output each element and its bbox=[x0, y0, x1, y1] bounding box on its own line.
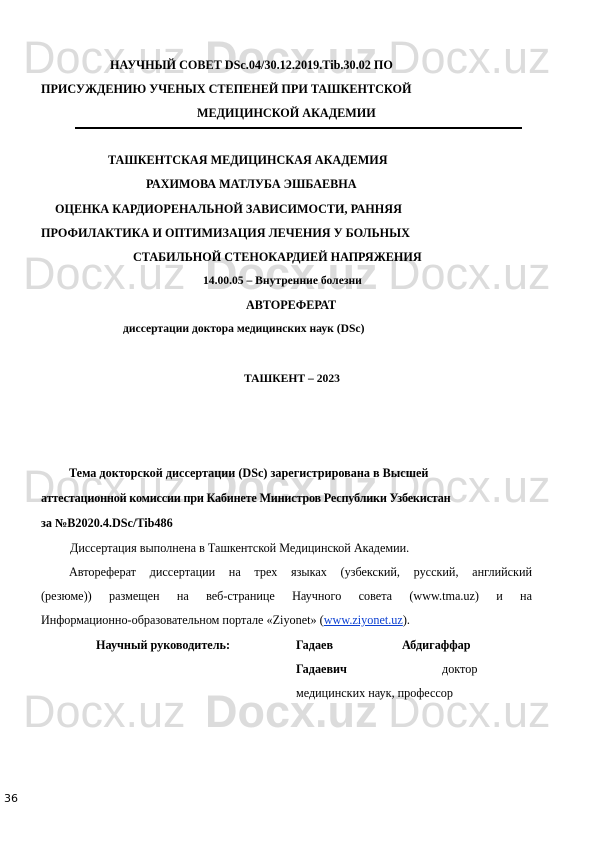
abstract-text-line: Информационно-образовательном портале «Z… bbox=[41, 613, 410, 627]
supervisor-label: Научный руководитель: bbox=[96, 638, 230, 652]
document-type: АВТОРЕФЕРАТ bbox=[246, 298, 336, 312]
watermark: Docx.uz bbox=[23, 690, 186, 734]
dissertation-title-line: СТАБИЛЬНОЙ СТЕНОКАРДИЕЙ НАПРЯЖЕНИЯ bbox=[133, 250, 422, 264]
degree-line: диссертации доктора медицинских наук (DS… bbox=[123, 322, 364, 336]
supervisor-surname: Гадаев bbox=[296, 638, 333, 652]
supervisor-patronymic: Гадаевич bbox=[296, 662, 347, 676]
registration-number: за №B2020.4.DSc/Tib486 bbox=[41, 516, 173, 530]
performed-at-text: Диссертация выполнена в Ташкентской Меди… bbox=[70, 541, 409, 555]
institution-name: ТАШКЕНТСКАЯ МЕДИЦИНСКАЯ АКАДЕМИЯ bbox=[108, 153, 388, 167]
supervisor-given-name: Абдигаффар bbox=[402, 638, 471, 652]
supervisor-title: медицинских наук, профессор bbox=[296, 686, 453, 700]
specialty: 14.00.05 – Внутренние болезни bbox=[203, 274, 362, 288]
council-header-line: ПРИСУЖДЕНИЮ УЧЕНЫХ СТЕПЕНЕЙ ПРИ ТАШКЕНТС… bbox=[41, 82, 411, 96]
council-header-line: НАУЧНЫЙ СОВЕТ DSc.04/30.12.2019.Tib.30.0… bbox=[110, 58, 393, 72]
dissertation-title-line: ОЦЕНКА КАРДИОРЕНАЛЬНОЙ ЗАВИСИМОСТИ, РАНН… bbox=[55, 202, 402, 216]
dissertation-title-line: ПРОФИЛАКТИКА И ОПТИМИЗАЦИЯ ЛЕЧЕНИЯ У БОЛ… bbox=[41, 226, 410, 240]
ziyonet-link[interactable]: www.ziyonet.uz bbox=[324, 613, 403, 627]
supervisor-title: доктор bbox=[442, 662, 477, 676]
city-year: ТАШКЕНТ – 2023 bbox=[244, 372, 340, 386]
header-divider bbox=[75, 127, 522, 129]
registration-text: аттестационной комиссии при Кабинете Мин… bbox=[41, 491, 450, 505]
abstract-text: ). bbox=[403, 613, 410, 627]
abstract-text: Информационно-образовательном портале «Z… bbox=[41, 613, 324, 627]
page-number: 36 bbox=[4, 792, 18, 805]
council-header-line: МЕДИЦИНСКОЙ АКАДЕМИИ bbox=[197, 106, 376, 120]
abstract-text: (резюме)) размещен на веб-странице Научн… bbox=[41, 589, 532, 603]
watermark: Docx.uz bbox=[388, 36, 551, 80]
abstract-text: Автореферат диссертации на трех языках (… bbox=[69, 565, 532, 579]
registration-text: Тема докторской диссертации (DSc) зареги… bbox=[69, 466, 428, 480]
author-name: РАХИМОВА МАТЛУБА ЭШБАЕВНА bbox=[146, 177, 357, 191]
